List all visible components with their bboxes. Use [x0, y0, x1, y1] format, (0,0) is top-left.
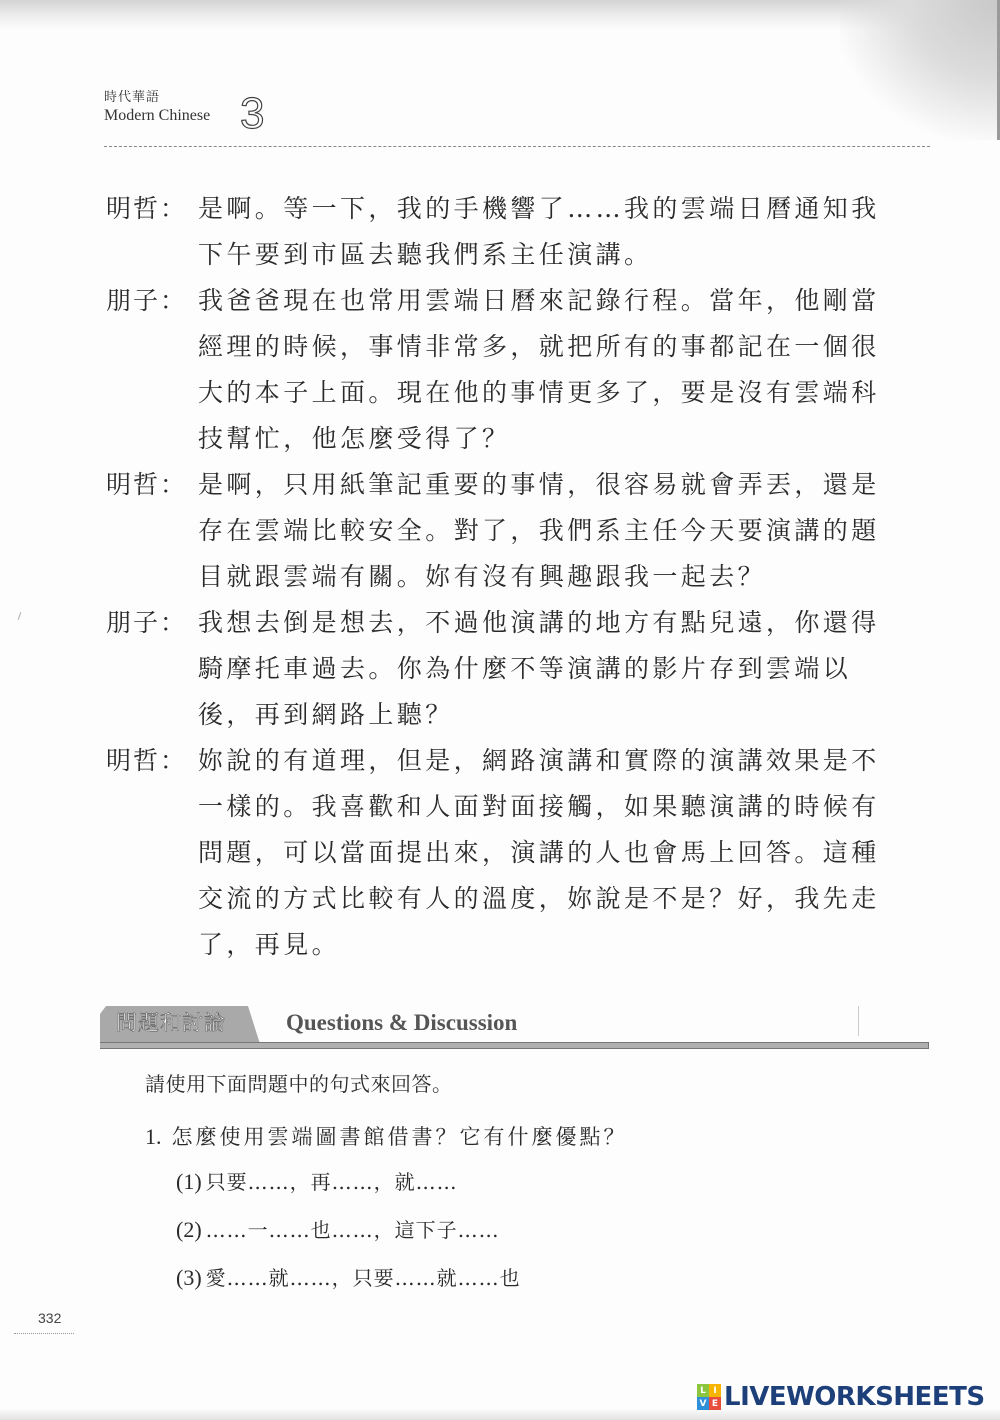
speaker-label: 朋子： [106, 278, 198, 462]
badge-letter: I [709, 1384, 721, 1397]
volume-number: 3 [240, 92, 264, 136]
speaker-label: 朋子： [106, 600, 198, 738]
sentence-pattern: (3)愛……就……，只要……就……也 [176, 1264, 521, 1292]
badge-letter: L [697, 1384, 709, 1397]
speech-line: 我想去倒是想去，不過他演講的地方有點兒遠，你還得 [198, 600, 936, 646]
speech-line: 是啊。等一下，我的手機響了……我的雲端日曆通知我 [198, 186, 936, 232]
section-tab-label: 問題和討論 [116, 1011, 226, 1035]
speech-line: 我爸爸現在也常用雲端日曆來記錄行程。當年，他剛當 [198, 278, 936, 324]
speech-line: 存在雲端比較安全。對了，我們系主任今天要演講的題 [198, 508, 936, 554]
speech-line: 問題，可以當面提出來，演講的人也會馬上回答。這種 [198, 830, 936, 876]
question-item: 1.怎麼使用雲端圖書館借書？它有什麼優點？ [145, 1122, 628, 1152]
pattern-text: 愛……就……，只要……就……也 [206, 1266, 521, 1290]
section-title: Questions & Discussion [286, 1010, 517, 1036]
speech-line: 妳說的有道理，但是，網路演講和實際的演講效果是不 [198, 738, 936, 784]
sentence-pattern: (1)只要……，再……，就…… [176, 1168, 458, 1196]
speech-text: 我爸爸現在也常用雲端日曆來記錄行程。當年，他剛當 經理的時候，事情非常多，就把所… [198, 278, 936, 462]
speech-line: 下午要到市區去聽我們系主任演講。 [198, 232, 936, 278]
dialogue-turn: 明哲： 是啊，只用紙筆記重要的事情，很容易就會弄丟，還是 存在雲端比較安全。對了… [106, 462, 936, 600]
speaker-label: 明哲： [106, 186, 198, 278]
header-divider [104, 146, 930, 147]
scan-speck [18, 612, 22, 620]
book-header: 時代華語 Modern Chinese 3 [104, 90, 210, 126]
speech-line: 目就跟雲端有關。妳有沒有興趣跟我一起去？ [198, 554, 936, 600]
pattern-text: 只要……，再……，就…… [206, 1170, 458, 1194]
dialogue-turn: 明哲： 是啊。等一下，我的手機響了……我的雲端日曆通知我 下午要到市區去聽我們系… [106, 186, 936, 278]
speech-line: 交流的方式比較有人的溫度，妳說是不是？好，我先走 [198, 876, 936, 922]
dialogue-turn: 朋子： 我想去倒是想去，不過他演講的地方有點兒遠，你還得 騎摩托車過去。你為什麼… [106, 600, 936, 738]
page-number: 332 [38, 1310, 61, 1326]
speaker-label: 明哲： [106, 738, 198, 968]
speech-line: 後，再到網路上聽？ [198, 692, 936, 738]
speech-line: 一樣的。我喜歡和人面對面接觸，如果聽演講的時候有 [198, 784, 936, 830]
instruction-text: 請使用下面問題中的句式來回答。 [145, 1070, 453, 1098]
book-title-en: Modern Chinese [104, 106, 210, 126]
speech-text: 是啊，只用紙筆記重要的事情，很容易就會弄丟，還是 存在雲端比較安全。對了，我們系… [198, 462, 936, 600]
speech-line: 了，再見。 [198, 922, 936, 968]
scan-shadow-corner [840, 0, 1000, 140]
speech-line: 技幫忙，他怎麼受得了？ [198, 416, 936, 462]
badge-letter: V [697, 1397, 709, 1410]
pattern-number: (1) [176, 1169, 202, 1194]
speech-line: 騎摩托車過去。你為什麼不等演講的影片存到雲端以 [198, 646, 936, 692]
sentence-pattern: (2)……一……也……，這下子…… [176, 1216, 500, 1244]
speech-line: 經理的時候，事情非常多，就把所有的事都記在一個很 [198, 324, 936, 370]
section-rule [100, 1042, 929, 1049]
dialogue-turn: 朋子： 我爸爸現在也常用雲端日曆來記錄行程。當年，他剛當 經理的時候，事情非常多… [106, 278, 936, 462]
badge-letter: E [709, 1397, 721, 1410]
liveworksheets-wordmark: LIVEWORKSHEETS [724, 1382, 985, 1412]
pattern-number: (3) [176, 1265, 202, 1290]
pattern-number: (2) [176, 1217, 202, 1242]
section-banner: 問題和討論 Questions & Discussion [100, 1002, 930, 1048]
live-badge-icon: L I V E [697, 1384, 721, 1410]
speech-text: 妳說的有道理，但是，網路演講和實際的演講效果是不 一樣的。我喜歡和人面對面接觸，… [198, 738, 936, 968]
speech-line: 是啊，只用紙筆記重要的事情，很容易就會弄丟，還是 [198, 462, 936, 508]
speech-line: 大的本子上面。現在他的事情更多了，要是沒有雲端科 [198, 370, 936, 416]
pattern-text: ……一……也……，這下子…… [206, 1218, 500, 1242]
dialogue-turn: 明哲： 妳說的有道理，但是，網路演講和實際的演講效果是不 一樣的。我喜歡和人面對… [106, 738, 936, 968]
question-text: 怎麼使用雲端圖書館借書？它有什麼優點？ [172, 1125, 628, 1149]
book-title-zh: 時代華語 [104, 90, 210, 106]
liveworksheets-logo[interactable]: L I V E LIVEWORKSHEETS [697, 1381, 985, 1413]
speech-text: 我想去倒是想去，不過他演講的地方有點兒遠，你還得 騎摩托車過去。你為什麼不等演講… [198, 600, 936, 738]
question-number: 1. [145, 1124, 162, 1149]
footer-divider [14, 1333, 74, 1334]
dialogue: 明哲： 是啊。等一下，我的手機響了……我的雲端日曆通知我 下午要到市區去聽我們系… [106, 186, 936, 968]
speech-text: 是啊。等一下，我的手機響了……我的雲端日曆通知我 下午要到市區去聽我們系主任演講… [198, 186, 936, 278]
speaker-label: 明哲： [106, 462, 198, 600]
